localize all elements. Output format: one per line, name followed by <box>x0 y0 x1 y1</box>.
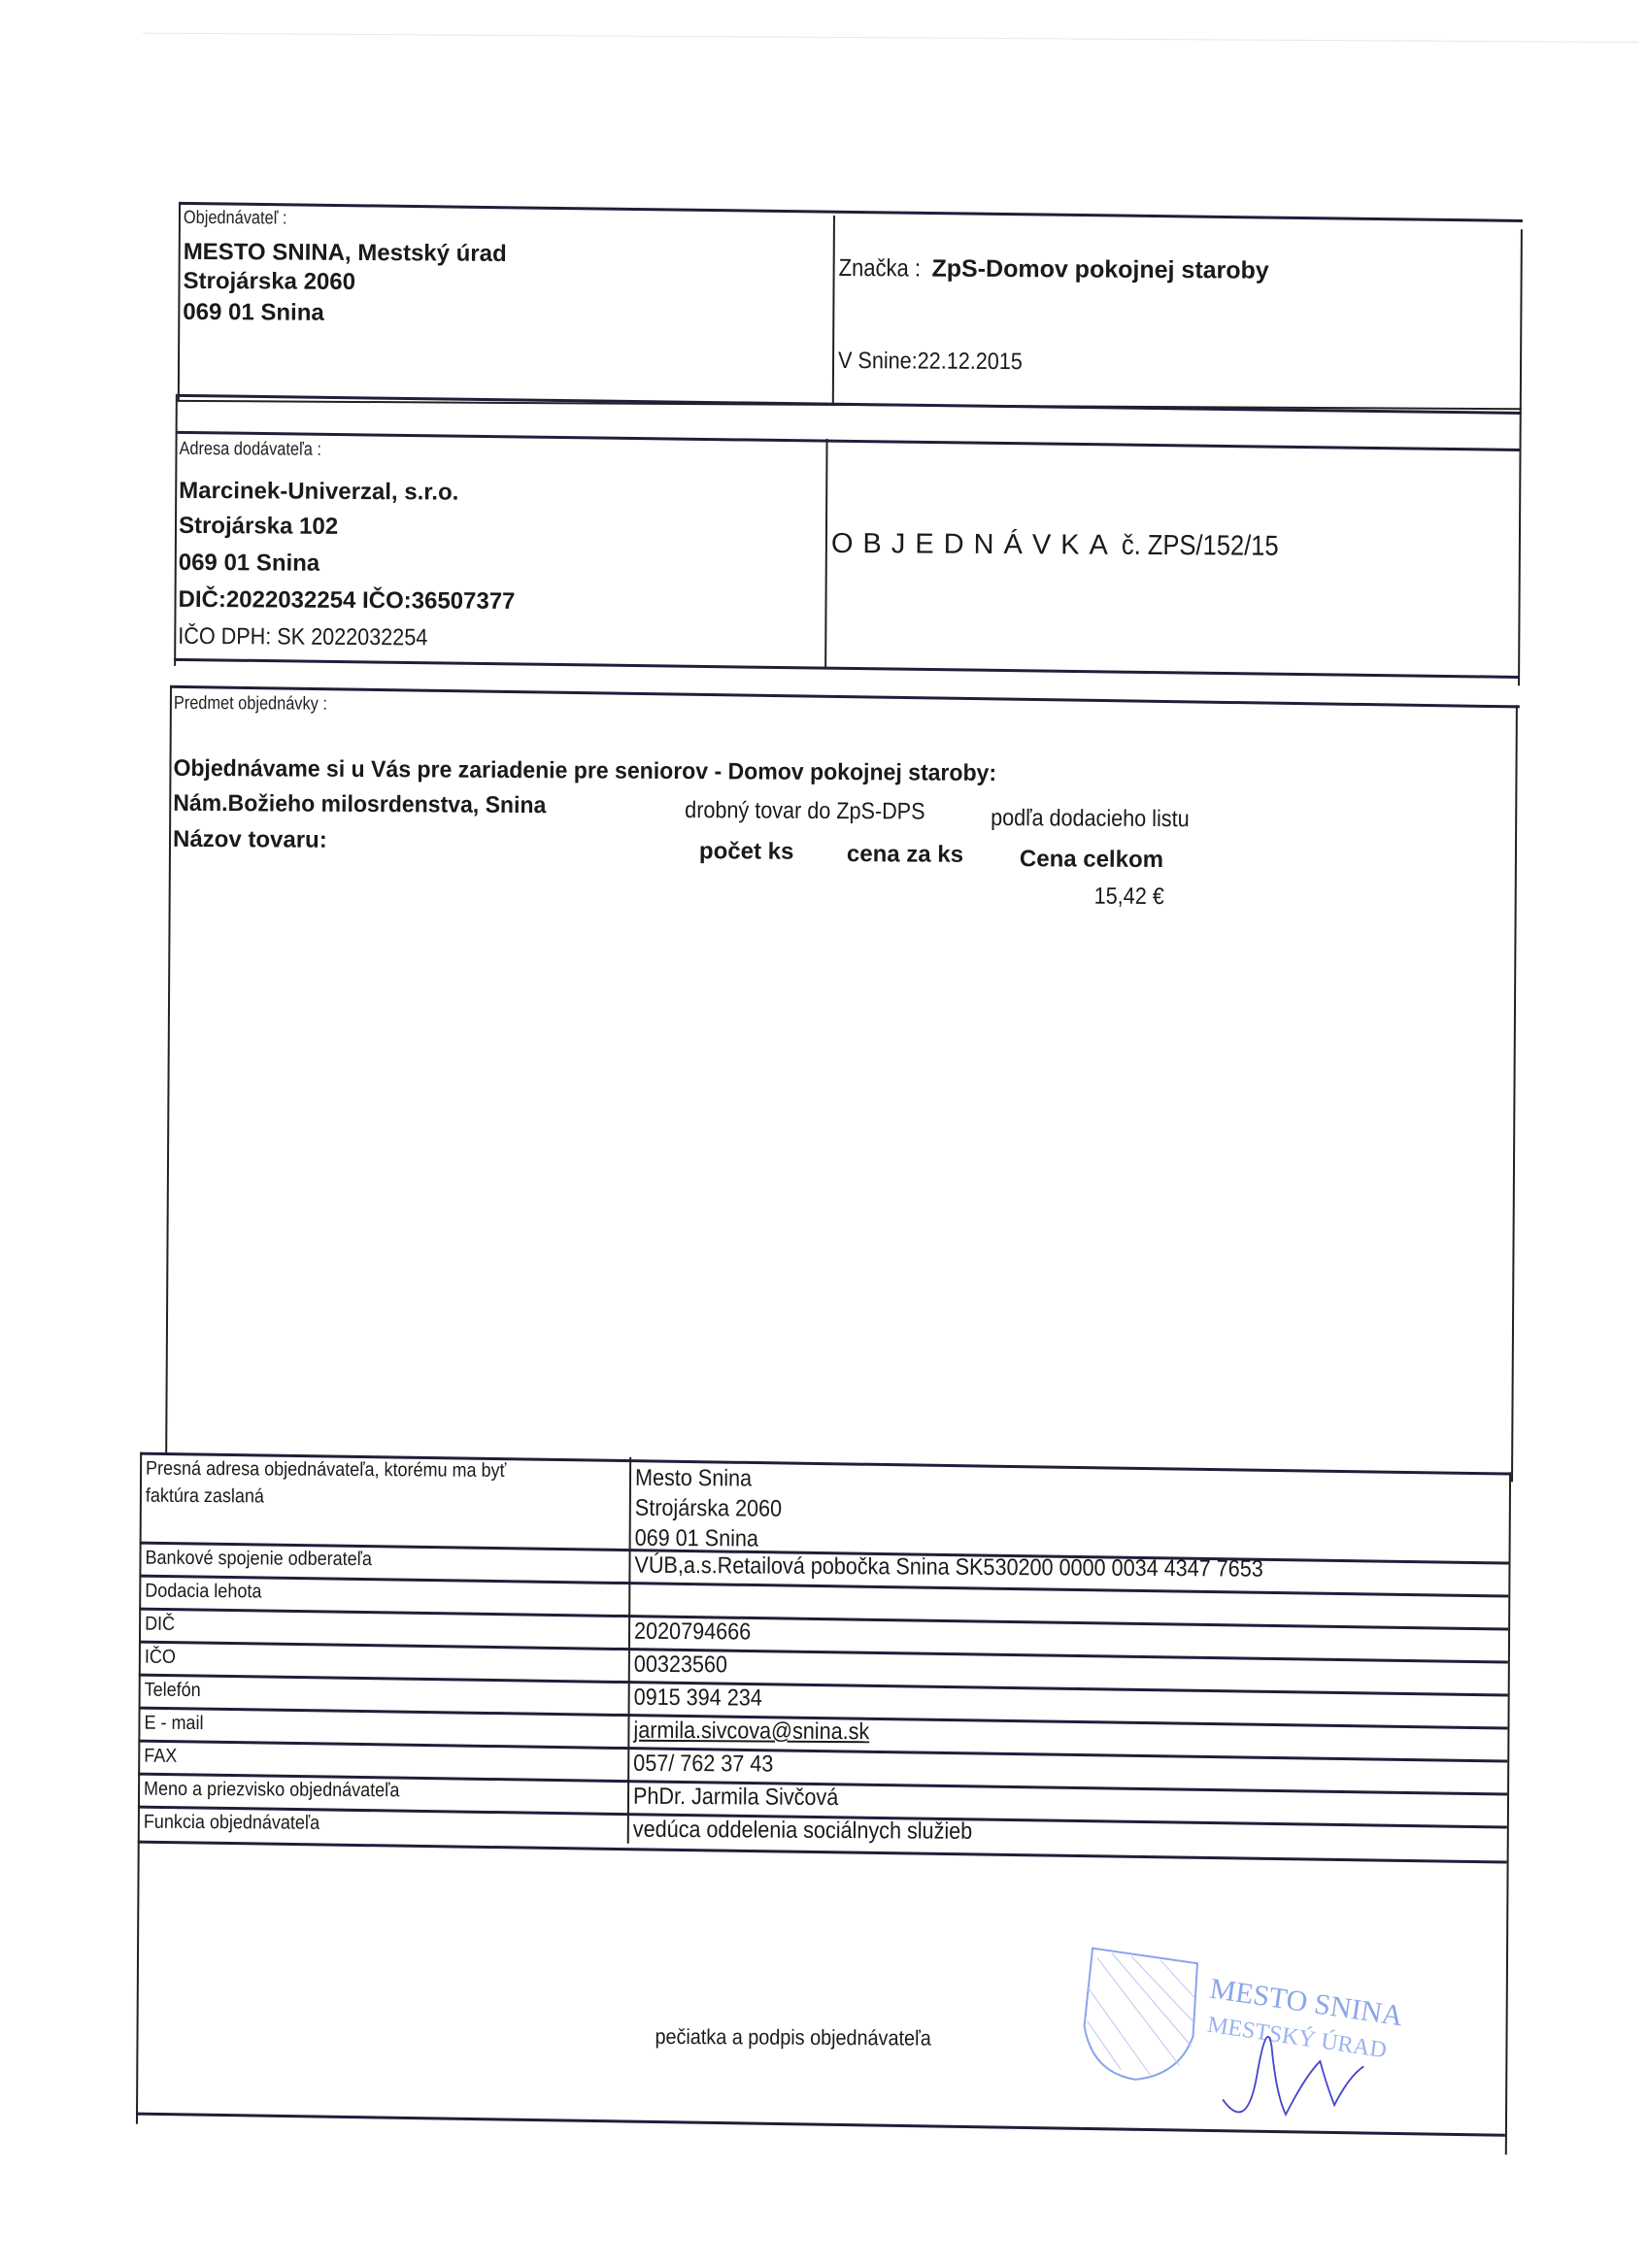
order-form-page: Objednávateľ : MESTO SNINA, Mestský úrad… <box>0 0 1647 2268</box>
stamp-icon: MESTO SNINA MESTSKÝ ÚRAD <box>1072 1929 1462 2145</box>
subject-desc: drobný tovar do ZpS-DPS <box>685 797 924 826</box>
detail-value: vedúca oddelenia sociálnych služieb <box>633 1817 973 1846</box>
detail-label: FAX <box>144 1746 177 1768</box>
invoice-address-line: Mesto Snina <box>635 1465 752 1493</box>
signature-label: pečiatka a podpis objednávateľa <box>655 2024 930 2051</box>
divider <box>139 1608 1508 1631</box>
detail-label: Meno a priezvisko objednávateľa <box>144 1779 400 1803</box>
reference-label: Značka : <box>839 254 922 283</box>
scan-edge-line <box>143 33 1638 43</box>
detail-value: 057/ 762 37 43 <box>633 1751 773 1779</box>
col-qty: počet ks <box>699 838 794 866</box>
supplier-label: Adresa dodávateľa : <box>179 439 321 461</box>
col-total: Cena celkom <box>1020 846 1163 874</box>
supplier-street: Strojárska 102 <box>179 513 338 541</box>
detail-label: Telefón <box>145 1680 201 1702</box>
place-date: V Snine:22.12.2015 <box>838 348 1023 376</box>
reference-value: ZpS-Domov pokojnej staroby <box>931 255 1268 284</box>
detail-label: Funkcia objednávateľa <box>144 1812 320 1835</box>
divider <box>1505 1878 1509 2154</box>
divider <box>174 394 178 666</box>
order-title: OBJEDNÁVKA <box>831 528 1118 561</box>
invoice-address-line: 069 01 Snina <box>635 1525 758 1553</box>
details-table <box>7 0 1647 5</box>
official-stamp: MESTO SNINA MESTSKÝ ÚRAD <box>1072 1929 1462 2145</box>
subject-label: Predmet objednávky : <box>174 693 327 716</box>
subject-location: Nám.Božieho milosrdenstva, Snina <box>173 790 546 819</box>
detail-label: Bankové spojenie odberateľa <box>145 1548 372 1571</box>
divider <box>824 439 827 668</box>
detail-value: 0915 394 234 <box>634 1684 762 1713</box>
invoice-address-line: Strojárska 2060 <box>635 1495 782 1523</box>
supplier-name: Marcinek-Univerzal, s.r.o. <box>179 478 458 507</box>
divider <box>174 658 1520 679</box>
detail-label: Dodacia lehota <box>145 1581 261 1604</box>
order-heading: OBJEDNÁVKA č. ZPS/152/15 <box>831 528 1300 563</box>
divider <box>178 431 1522 451</box>
divider <box>1507 1472 1512 1880</box>
orderer-street: Strojárska 2060 <box>183 268 355 296</box>
detail-value: 2020794666 <box>634 1618 751 1647</box>
detail-label: E - mail <box>144 1713 203 1735</box>
subject-note: podľa dodacieho listu <box>991 805 1190 833</box>
divider <box>1511 705 1518 1482</box>
detail-value: 00323560 <box>634 1651 727 1680</box>
orderer-section <box>178 202 1523 410</box>
detail-label-cont: faktúra zaslaná <box>146 1485 264 1509</box>
col-name: Názov tovaru: <box>173 826 327 854</box>
divider <box>165 687 172 1454</box>
divider <box>170 685 1520 709</box>
orderer-name: MESTO SNINA, Mestský úrad <box>184 239 507 268</box>
supplier-vat: IČO DPH: SK 2022032254 <box>178 623 427 652</box>
email-link[interactable]: jarmila.sivcova@snina.sk <box>633 1718 869 1746</box>
detail-label: Presná adresa objednávateľa, ktorému ma … <box>146 1458 506 1483</box>
divider <box>139 1674 1508 1697</box>
detail-label: IČO <box>145 1647 176 1669</box>
orderer-label: Objednávateľ : <box>184 208 287 230</box>
detail-value: VÚB,a.s.Retailová pobočka Snina SK530200… <box>634 1552 1262 1584</box>
order-number: č. ZPS/152/15 <box>1122 530 1279 563</box>
divider <box>136 1452 142 2124</box>
supplier-ids: DIČ:2022032254 IČO:36507377 <box>178 586 515 616</box>
reference: Značka :ZpS-Domov pokojnej staroby <box>839 254 1269 285</box>
subject-line1: Objednávame si u Vás pre zariadenie pre … <box>173 755 996 787</box>
detail-label: DIČ <box>145 1614 175 1636</box>
orderer-city: 069 01 Snina <box>183 299 324 327</box>
detail-value: PhDr. Jarmila Sivčová <box>633 1784 838 1812</box>
total-value: 15,42 € <box>1094 884 1164 911</box>
supplier-city: 069 01 Snina <box>179 550 320 578</box>
col-unit-price: cena za ks <box>847 841 963 869</box>
divider <box>139 1641 1508 1664</box>
